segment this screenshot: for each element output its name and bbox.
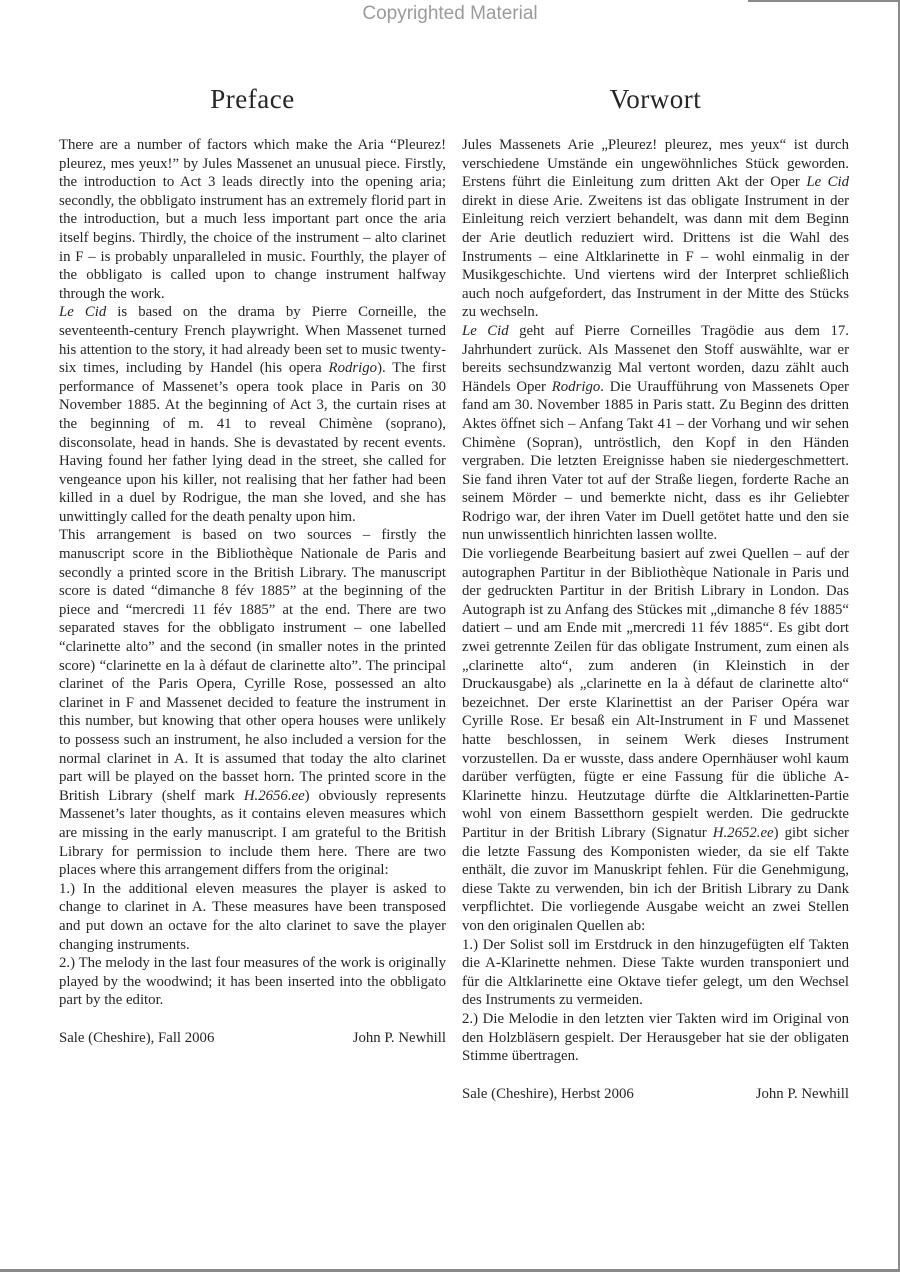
- scanned-preface-page: { "page": { "watermark": "Copyrighted Ma…: [0, 0, 900, 1272]
- paragraph: 1.) In the additional eleven measures th…: [59, 880, 446, 954]
- text-run: 1.) Der Solist soll im Erstdruck in den …: [462, 937, 849, 1009]
- italic-text-run: H.2656.ee: [244, 788, 305, 804]
- preface-body: There are a number of factors which make…: [59, 136, 446, 1010]
- vorwort-signature-name: John P. Newhill: [756, 1085, 849, 1104]
- paragraph: 1.) Der Solist soll im Erstdruck in den …: [462, 936, 849, 1010]
- two-column-layout: Preface There are a number of factors wh…: [59, 84, 849, 1103]
- text-run: . Die Uraufführung von Massenets Oper fa…: [462, 379, 849, 544]
- italic-text-run: Le Cid: [462, 323, 509, 339]
- text-run: direkt in diese Arie. Zweitens ist das o…: [462, 193, 849, 321]
- text-run: There are a number of factors which make…: [59, 137, 446, 302]
- vorwort-heading: Vorwort: [462, 84, 849, 115]
- text-run: ). The first performance of Massenet’s o…: [59, 360, 446, 525]
- text-run: Die vorliegende Bearbeitung basiert auf …: [462, 546, 849, 841]
- italic-text-run: Rodrigo: [329, 360, 378, 376]
- paragraph: 2.) The melody in the last four measures…: [59, 954, 446, 1010]
- page-edge-top-line: [748, 0, 900, 2]
- preface-signature-place: Sale (Cheshire), Fall 2006: [59, 1029, 214, 1048]
- italic-text-run: H.2652.ee: [713, 825, 774, 841]
- text-run: 2.) The melody in the last four measures…: [59, 955, 446, 1008]
- italic-text-run: Rodrigo: [552, 379, 601, 395]
- vorwort-body: Jules Massenets Arie „Pleurez! pleurez, …: [462, 136, 849, 1066]
- text-run: This arrangement is based on two sources…: [59, 527, 446, 803]
- paragraph: 2.) Die Melodie in den letzten vier Takt…: [462, 1010, 849, 1066]
- preface-heading: Preface: [59, 84, 446, 115]
- text-run: Jules Massenets Arie „Pleurez! pleurez, …: [462, 137, 849, 190]
- preface-signature-name: John P. Newhill: [353, 1029, 446, 1048]
- preface-signature-row: Sale (Cheshire), Fall 2006 John P. Newhi…: [59, 1029, 446, 1048]
- italic-text-run: Le Cid: [59, 304, 106, 320]
- paragraph: Le Cid geht auf Pierre Corneilles Tragöd…: [462, 322, 849, 545]
- paragraph: This arrangement is based on two sources…: [59, 526, 446, 879]
- italic-text-run: Le Cid: [806, 174, 849, 190]
- paragraph: There are a number of factors which make…: [59, 136, 446, 303]
- paragraph: Le Cid is based on the drama by Pierre C…: [59, 303, 446, 526]
- preface-column: Preface There are a number of factors wh…: [59, 84, 446, 1103]
- vorwort-signature-row: Sale (Cheshire), Herbst 2006 John P. New…: [462, 1085, 849, 1104]
- text-run: 2.) Die Melodie in den letzten vier Takt…: [462, 1011, 849, 1064]
- text-run: ) gibt sicher die letzte Fassung des Kom…: [462, 825, 849, 934]
- paragraph: Jules Massenets Arie „Pleurez! pleurez, …: [462, 136, 849, 322]
- copyright-watermark: Copyrighted Material: [0, 3, 900, 25]
- vorwort-column: Vorwort Jules Massenets Arie „Pleurez! p…: [462, 84, 849, 1103]
- text-run: 1.) In the additional eleven measures th…: [59, 881, 446, 953]
- vorwort-signature-place: Sale (Cheshire), Herbst 2006: [462, 1085, 634, 1104]
- paragraph: Die vorliegende Bearbeitung basiert auf …: [462, 545, 849, 935]
